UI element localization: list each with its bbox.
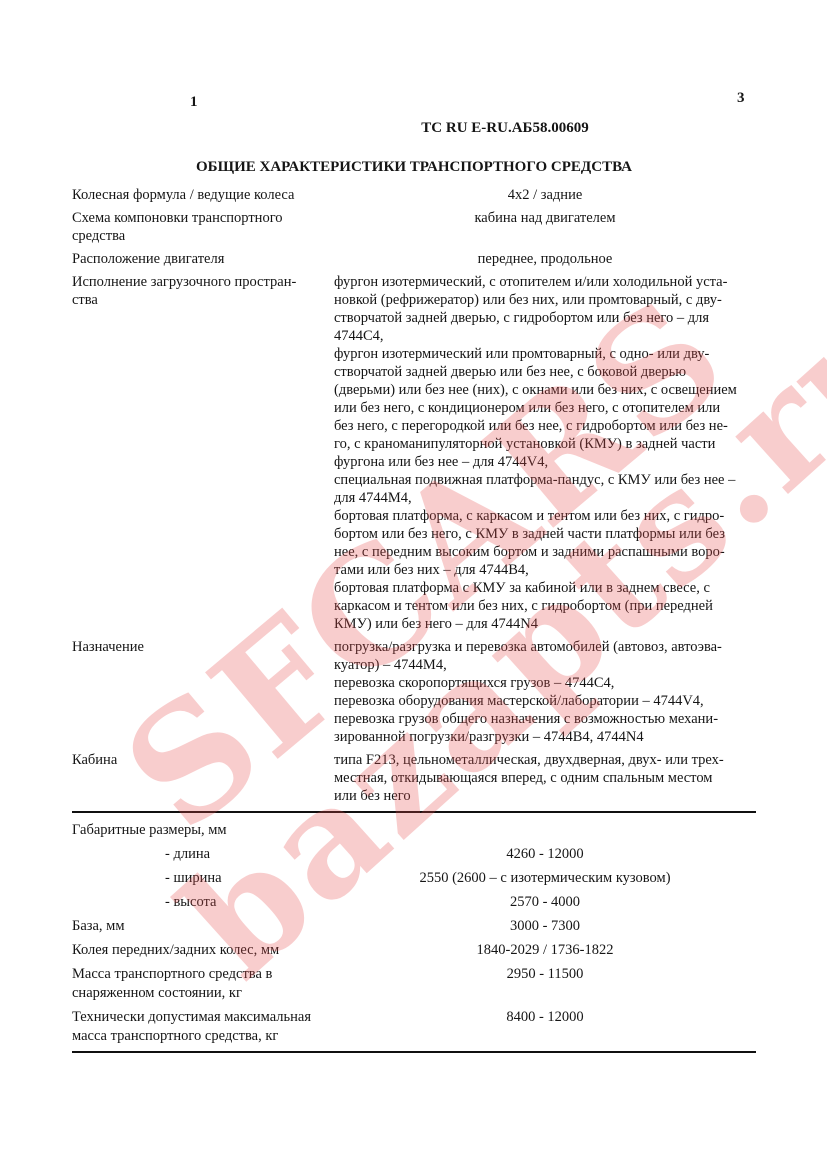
page-number-right: 3 xyxy=(737,90,745,107)
row-label: Назначение xyxy=(72,638,322,656)
table-row: Колея передних/задних колес, мм 1840-202… xyxy=(72,941,756,960)
row-value: 2950 - 11500 xyxy=(334,965,756,984)
row-value: кабина над двигателем xyxy=(334,209,756,227)
section-divider-rule xyxy=(72,811,756,813)
table-row: - ширина 2550 (2600 – с изотермическим к… xyxy=(72,869,756,888)
table-row: Схема компоновки транспортного средства … xyxy=(72,209,756,245)
row-label: - высота xyxy=(72,893,322,912)
table-row: - высота 2570 - 4000 xyxy=(72,893,756,912)
page-number-left: 1 xyxy=(190,94,198,111)
row-label: Схема компоновки транспортного средства xyxy=(72,209,322,245)
row-label: - ширина xyxy=(72,869,322,888)
row-value: 1840-2029 / 1736-1822 xyxy=(334,941,756,960)
row-value: фургон изотермический, с отопителем и/ил… xyxy=(334,273,756,633)
row-value: типа F213, цельнометаллическая, двухдвер… xyxy=(334,751,756,805)
table-row: Назначение погрузка/разгрузка и перевозк… xyxy=(72,638,756,746)
row-label: Кабина xyxy=(72,751,322,769)
row-value: 4х2 / задние xyxy=(334,186,756,204)
row-label: Технически допустимая максимальная масса… xyxy=(72,1008,322,1046)
row-label: Расположение двигателя xyxy=(72,250,322,268)
row-label: Габаритные размеры, мм xyxy=(72,821,322,840)
row-value: 4260 - 12000 xyxy=(334,845,756,864)
row-label: Масса транспортного средства в снаряженн… xyxy=(72,965,322,1003)
bottom-divider-rule xyxy=(72,1051,756,1053)
spec-table: Колесная формула / ведущие колеса 4х2 / … xyxy=(72,186,756,1061)
table-row: - длина 4260 - 12000 xyxy=(72,845,756,864)
table-row: Расположение двигателя переднее, продоль… xyxy=(72,250,756,268)
table-row: База, мм 3000 - 7300 xyxy=(72,917,756,936)
row-label: Исполнение загрузочного простран- ства xyxy=(72,273,322,309)
document-page: 1 3 ТС RU Е-RU.АБ58.00609 ОБЩИЕ ХАРАКТЕР… xyxy=(0,0,827,1170)
table-row: Кабина типа F213, цельнометаллическая, д… xyxy=(72,751,756,805)
row-value: 2570 - 4000 xyxy=(334,893,756,912)
table-row: Технически допустимая максимальная масса… xyxy=(72,1008,756,1046)
table-row: Масса транспортного средства в снаряженн… xyxy=(72,965,756,1003)
row-value: 3000 - 7300 xyxy=(334,917,756,936)
row-value: 8400 - 12000 xyxy=(334,1008,756,1027)
table-row: Габаритные размеры, мм xyxy=(72,821,756,840)
dimensions-section: Габаритные размеры, мм - длина 4260 - 12… xyxy=(72,821,756,1053)
table-row: Колесная формула / ведущие колеса 4х2 / … xyxy=(72,186,756,204)
row-label: Колея передних/задних колес, мм xyxy=(72,941,322,960)
row-value: погрузка/разгрузка и перевозка автомобил… xyxy=(334,638,756,746)
table-row: Исполнение загрузочного простран- ства ф… xyxy=(72,273,756,633)
row-label: - длина xyxy=(72,845,322,864)
certificate-number: ТС RU Е-RU.АБ58.00609 xyxy=(421,120,588,137)
row-value: 2550 (2600 – с изотермическим кузовом) xyxy=(334,869,756,888)
row-label: База, мм xyxy=(72,917,322,936)
page-title: ОБЩИЕ ХАРАКТЕРИСТИКИ ТРАНСПОРТНОГО СРЕДС… xyxy=(196,159,632,176)
row-label: Колесная формула / ведущие колеса xyxy=(72,186,322,204)
row-value: переднее, продольное xyxy=(334,250,756,268)
